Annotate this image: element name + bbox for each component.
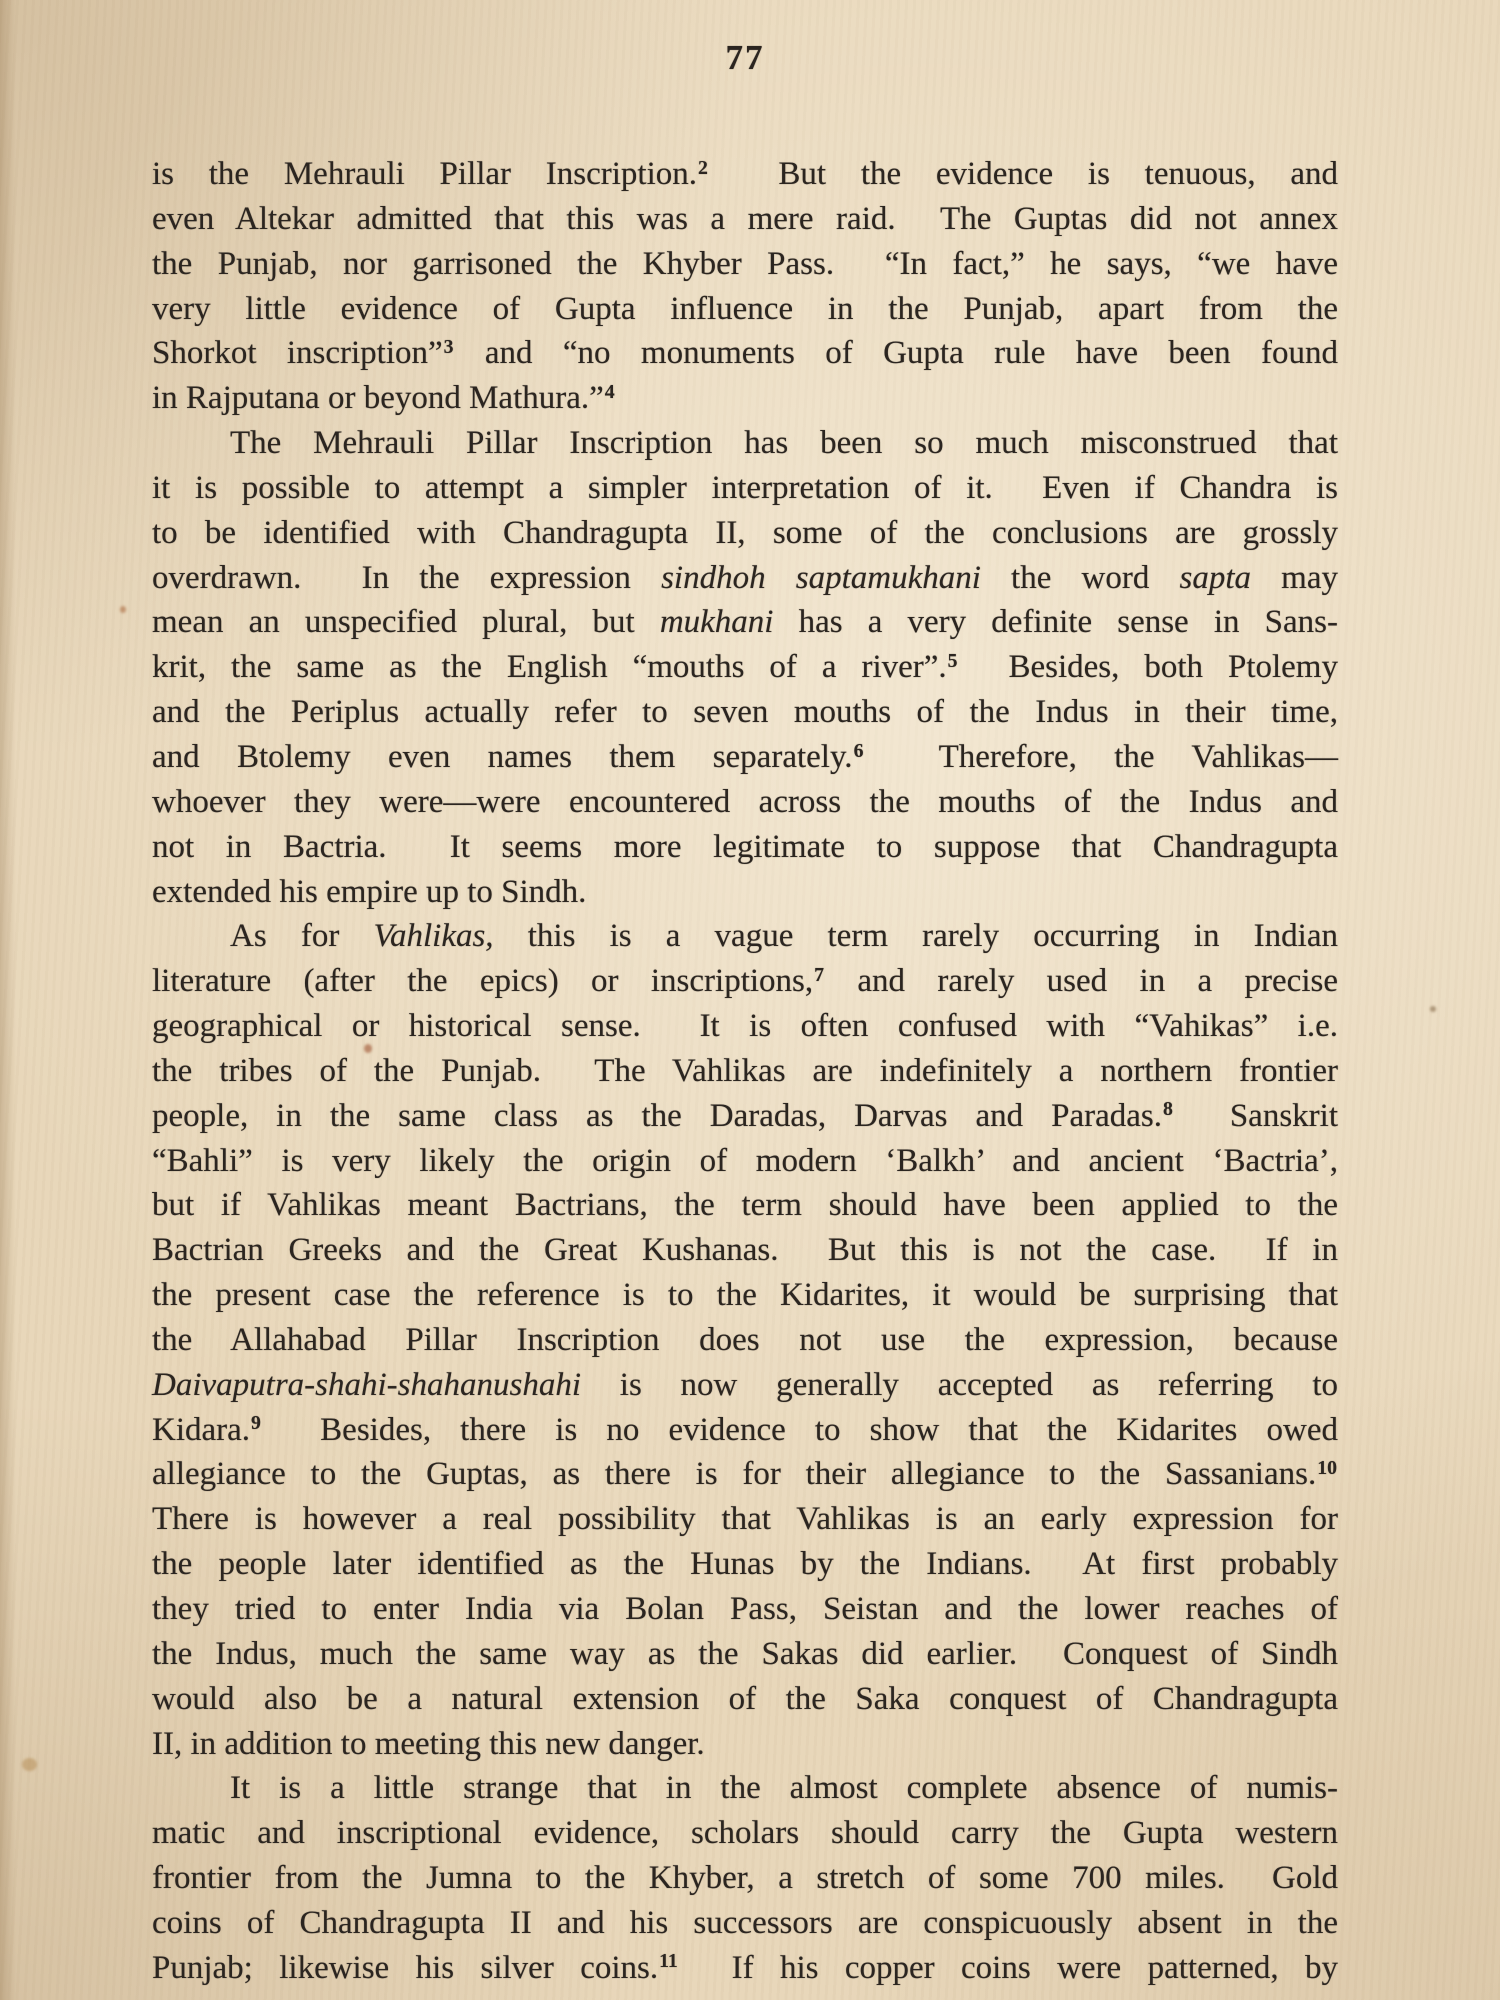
text-line: overdrawn. In the expression sindhoh sap…: [152, 556, 1338, 601]
text-line: the people later identified as the Hunas…: [152, 1542, 1338, 1587]
text-segment: the present case the reference is to the…: [152, 1277, 1338, 1313]
text-line: in Rajputana or beyond Mathura.”4: [152, 376, 1338, 421]
text-line: to be identified with Chandragupta II, s…: [152, 511, 1338, 556]
text-segment: in Rajputana or beyond Mathura.”: [152, 380, 604, 416]
text-segment: to be identified with Chandragupta II, s…: [152, 515, 1338, 551]
text-line: allegiance to the Guptas, as there is fo…: [152, 1452, 1338, 1497]
text-segment: krit, the same as the English “mouths of…: [152, 649, 947, 685]
text-line: Punjab; likewise his silver coins.11 If …: [152, 1946, 1338, 1991]
text-line: and the Periplus actually refer to seven…: [152, 690, 1338, 735]
paper-speck: [1430, 1006, 1436, 1012]
footnote-ref: 4: [604, 381, 616, 403]
text-line: It is a little strange that in the almos…: [152, 1766, 1338, 1811]
text-line: not in Bactria. It seems more legitimate…: [152, 825, 1338, 870]
text-segment: Sanskrit: [1174, 1098, 1338, 1134]
text-segment: frontier from the Jumna to the Khyber, a…: [152, 1860, 1338, 1896]
text-segment: the Indus, much the same way as the Saka…: [152, 1636, 1338, 1672]
text-segment: mukhani: [660, 604, 774, 640]
text-segment: allegiance to the Guptas, as there is fo…: [152, 1456, 1316, 1492]
footnote-ref: 11: [658, 1950, 679, 1972]
text-segment: very little evidence of Gupta influence …: [152, 291, 1338, 327]
text-line: As for Vahlikas, this is a vague term ra…: [152, 914, 1338, 959]
text-segment: people, in the same class as the Daradas…: [152, 1098, 1162, 1134]
text-line: it is possible to attempt a simpler inte…: [152, 466, 1338, 511]
text-line: Shorkot inscription”3 and “no monuments …: [152, 331, 1338, 376]
text-segment: sindhoh saptamukhani: [661, 560, 981, 596]
footnote-ref: 5: [947, 650, 959, 672]
text-line: matic and inscriptional evidence, schola…: [152, 1811, 1338, 1856]
text-line: people, in the same class as the Daradas…: [152, 1094, 1338, 1139]
text-segment: Therefore, the Vahlikas—: [864, 739, 1338, 775]
text-segment: is the Mehrauli Pillar Inscription.: [152, 156, 697, 192]
text-line: they tried to enter India via Bolan Pass…: [152, 1587, 1338, 1632]
text-segment: If his copper coins were patterned, by: [679, 1950, 1338, 1986]
text-segment: Shorkot inscription”: [152, 335, 443, 371]
text-segment: this is a vague term rarely occurring in…: [494, 918, 1338, 954]
text-line: Kidara.9 Besides, there is no evidence t…: [152, 1408, 1338, 1453]
footnote-ref: 10: [1316, 1457, 1338, 1479]
text-line: the present case the reference is to the…: [152, 1273, 1338, 1318]
text-line: would also be a natural extension of the…: [152, 1677, 1338, 1722]
footnote-ref: 3: [443, 336, 455, 358]
text-segment: the tribes of the Punjab. The Vahlikas a…: [152, 1053, 1338, 1089]
text-line: mean an unspecified plural, but mukhani …: [152, 600, 1338, 645]
footnote-ref: 2: [697, 157, 709, 179]
text-line: even Altekar admitted that this was a me…: [152, 197, 1338, 242]
text-segment: it is possible to attempt a simpler inte…: [152, 470, 1338, 506]
scanned-book-page: 77 is the Mehrauli Pillar Inscription.2 …: [0, 0, 1500, 2000]
text-block: is the Mehrauli Pillar Inscription.2 But…: [152, 152, 1338, 1991]
text-segment: But the evidence is tenuous, and: [709, 156, 1338, 192]
text-line: the Allahabad Pillar Inscription does no…: [152, 1318, 1338, 1363]
text-segment: Daivaputra-shahi-shahanushahi: [152, 1367, 581, 1403]
footnote-ref: 9: [250, 1412, 262, 1434]
text-line: The Mehrauli Pillar Inscription has been…: [152, 421, 1338, 466]
footnote-ref: 6: [853, 740, 865, 762]
text-line: but if Vahlikas meant Bactrians, the ter…: [152, 1183, 1338, 1228]
text-line: Bactrian Greeks and the Great Kushanas. …: [152, 1228, 1338, 1273]
text-line: literature (after the epics) or inscript…: [152, 959, 1338, 1004]
text-segment: extended his empire up to Sindh.: [152, 874, 586, 910]
text-line: the Indus, much the same way as the Saka…: [152, 1632, 1338, 1677]
text-segment: they tried to enter India via Bolan Pass…: [152, 1591, 1338, 1627]
text-segment: Vahlikas,: [373, 918, 493, 954]
text-line: whoever they were—were encountered acros…: [152, 780, 1338, 825]
text-segment: may: [1251, 560, 1338, 596]
text-segment: the word: [981, 560, 1180, 596]
footnote-ref: 8: [1162, 1098, 1174, 1120]
text-line: and Btolemy even names them separately.6…: [152, 735, 1338, 780]
text-line: There is however a real possibility that…: [152, 1497, 1338, 1542]
paper-speck: [120, 606, 126, 613]
text-segment: would also be a natural extension of the…: [152, 1681, 1338, 1717]
text-line: the Punjab, nor garrisoned the Khyber Pa…: [152, 242, 1338, 287]
text-line: geographical or historical sense. It is …: [152, 1004, 1338, 1049]
text-segment: whoever they were—were encountered acros…: [152, 784, 1338, 820]
text-line: extended his empire up to Sindh.: [152, 870, 1338, 915]
text-segment: There is however a real possibility that…: [152, 1501, 1338, 1537]
text-line: frontier from the Jumna to the Khyber, a…: [152, 1856, 1338, 1901]
text-segment: even Altekar admitted that this was a me…: [152, 201, 1338, 237]
text-segment: and the Periplus actually refer to seven…: [152, 694, 1338, 730]
text-segment: Kidara.: [152, 1412, 250, 1448]
text-segment: Bactrian Greeks and the Great Kushanas. …: [152, 1232, 1338, 1268]
text-line: Daivaputra-shahi-shahanushahi is now gen…: [152, 1363, 1338, 1408]
text-segment: the Allahabad Pillar Inscription does no…: [152, 1322, 1338, 1358]
paper-speck: [22, 1758, 37, 1771]
text-segment: not in Bactria. It seems more legitimate…: [152, 829, 1338, 865]
text-segment: mean an unspecified plural, but: [152, 604, 660, 640]
text-segment: As for: [230, 918, 373, 954]
text-segment: and rarely used in a precise: [825, 963, 1338, 999]
text-segment: overdrawn. In the expression: [152, 560, 661, 596]
text-line: the tribes of the Punjab. The Vahlikas a…: [152, 1049, 1338, 1094]
text-segment: has a very definite sense in Sans-: [773, 604, 1338, 640]
text-line: II, in addition to meeting this new dang…: [152, 1722, 1338, 1767]
text-segment: coins of Chandragupta II and his success…: [152, 1905, 1338, 1941]
text-segment: matic and inscriptional evidence, schola…: [152, 1815, 1338, 1851]
text-line: very little evidence of Gupta influence …: [152, 287, 1338, 332]
paper-speck: [364, 1044, 372, 1053]
text-line: krit, the same as the English “mouths of…: [152, 645, 1338, 690]
text-segment: is now generally accepted as referring t…: [581, 1367, 1338, 1403]
text-line: “Bahli” is very likely the origin of mod…: [152, 1139, 1338, 1184]
text-segment: the Punjab, nor garrisoned the Khyber Pa…: [152, 246, 1338, 282]
text-line: coins of Chandragupta II and his success…: [152, 1901, 1338, 1946]
text-segment: The Mehrauli Pillar Inscription has been…: [230, 425, 1338, 461]
text-segment: but if Vahlikas meant Bactrians, the ter…: [152, 1187, 1338, 1223]
text-segment: and “no monuments of Gupta rule have bee…: [455, 335, 1338, 371]
text-segment: “Bahli” is very likely the origin of mod…: [152, 1143, 1338, 1179]
text-segment: geographical or historical sense. It is …: [152, 1008, 1338, 1044]
text-segment: Punjab; likewise his silver coins.: [152, 1950, 658, 1986]
text-segment: Besides, both Ptolemy: [959, 649, 1338, 685]
text-segment: It is a little strange that in the almos…: [230, 1770, 1338, 1806]
footnote-ref: 7: [813, 964, 825, 986]
text-segment: literature (after the epics) or inscript…: [152, 963, 813, 999]
text-segment: sapta: [1180, 560, 1252, 596]
text-segment: the people later identified as the Hunas…: [152, 1546, 1338, 1582]
text-segment: Besides, there is no evidence to show th…: [262, 1412, 1338, 1448]
text-segment: II, in addition to meeting this new dang…: [152, 1726, 705, 1762]
text-line: is the Mehrauli Pillar Inscription.2 But…: [152, 152, 1338, 197]
page-number: 77: [152, 38, 1338, 78]
text-segment: and Btolemy even names them separately.: [152, 739, 853, 775]
